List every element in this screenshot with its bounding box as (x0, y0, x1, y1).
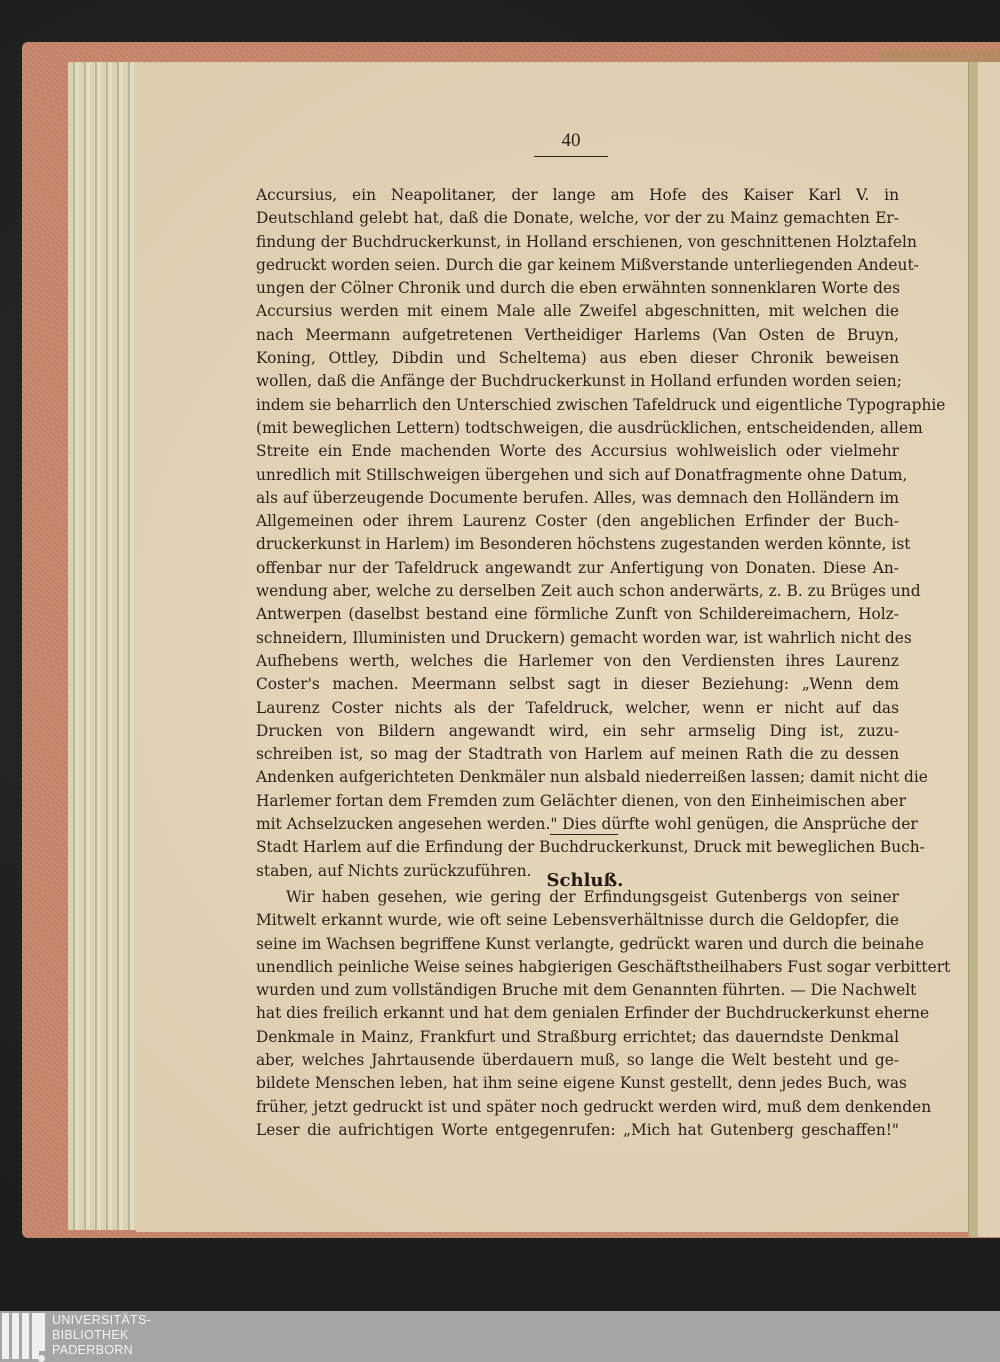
text-line: Denkmale in Mainz, Frankfurt und Straßbu… (256, 1026, 899, 1049)
text-line: Accursius werden mit einem Male alle Zwe… (256, 300, 899, 323)
text-line: wurden und zum vollständigen Bruche mit … (256, 979, 899, 1002)
text-line: Drucken von Bildern angewandt wird, ein … (256, 720, 899, 743)
text-line: Wir haben gesehen, wie gering der Erfind… (256, 886, 899, 909)
text-line: Accursius, ein Neapolitaner, der lange a… (256, 184, 899, 207)
text-line: unendlich peinliche Weise seines habgier… (256, 956, 899, 979)
text-line: ungen der Cölner Chronik und durch die e… (256, 277, 899, 300)
text-line: schreiben ist, so mag der Stadtrath von … (256, 743, 899, 766)
library-logo-text: UNIVERSITÄTS- BIBLIOTHEK PADERBORN (52, 1313, 151, 1358)
text-line: Laurenz Coster nichts als der Tafeldruck… (256, 697, 899, 720)
text-line: druckerkunst in Harlem) im Besonderen hö… (256, 533, 899, 556)
text-line: indem sie beharrlich den Unterschied zwi… (256, 394, 899, 417)
text-line: Andenken aufgerichteten Denkmäler nun al… (256, 766, 899, 789)
body-text: Accursius, ein Neapolitaner, der lange a… (256, 184, 899, 883)
text-line: seine im Wachsen begriffene Kunst verlan… (256, 933, 899, 956)
text-line: Mitwelt erkannt wurde, wie oft seine Leb… (256, 909, 899, 932)
text-line: schneidern, Illuministen und Druckern) g… (256, 627, 899, 650)
page-number-rule (534, 156, 608, 157)
text-line: offenbar nur der Tafeldruck angewandt zu… (256, 557, 899, 580)
text-line: mit Achselzucken angesehen werden." Dies… (256, 813, 899, 836)
text-line: Stadt Harlem auf die Erfindung der Buchd… (256, 836, 899, 859)
text-line: nach Meermann aufgetretenen Vertheidiger… (256, 324, 899, 347)
text-line: Allgemeinen oder ihrem Laurenz Coster (d… (256, 510, 899, 533)
section-divider (550, 834, 618, 835)
text-line: früher, jetzt gedruckt ist und später no… (256, 1096, 899, 1119)
text-line: hat dies freilich erkannt und hat dem ge… (256, 1002, 899, 1025)
text-line: gedruckt worden seien. Durch die gar kei… (256, 254, 899, 277)
facing-page-edge (978, 62, 1000, 1237)
page-number: 40 (534, 130, 608, 152)
page-edges-stack (68, 62, 140, 1230)
conclusion-text: Wir haben gesehen, wie gering der Erfind… (256, 886, 899, 1142)
text-line: Leser die aufrichtigen Worte entgegenruf… (256, 1119, 899, 1142)
library-logo-icon (0, 1311, 48, 1362)
text-line: Deutschland gelebt hat, daß die Donate, … (256, 207, 899, 230)
text-line: aber, welches Jahrtausende überdauern mu… (256, 1049, 899, 1072)
text-line: bildete Menschen leben, hat ihm seine ei… (256, 1072, 899, 1095)
library-footer-bar: UNIVERSITÄTS- BIBLIOTHEK PADERBORN (0, 1311, 1000, 1362)
text-line: Harlemer fortan dem Fremden zum Gelächte… (256, 790, 899, 813)
text-line: wollen, daß die Anfänge der Buchdruckerk… (256, 370, 899, 393)
text-line: als auf überzeugende Documente berufen. … (256, 487, 899, 510)
text-line: Aufhebens werth, welches die Harlemer vo… (256, 650, 899, 673)
text-line: Antwerpen (daselbst bestand eine förmlic… (256, 603, 899, 626)
text-line: findung der Buchdruckerkunst, in Holland… (256, 231, 899, 254)
text-line: Coster's machen. Meermann selbst sagt in… (256, 673, 899, 696)
text-line: Streite ein Ende machenden Worte des Acc… (256, 440, 899, 463)
text-line: wendung aber, welche zu derselben Zeit a… (256, 580, 899, 603)
text-line: unredlich mit Stillschweigen übergehen u… (256, 464, 899, 487)
text-line: (mit beweglichen Lettern) todtschweigen,… (256, 417, 899, 440)
text-line: Koning, Ottley, Dibdin und Scheltema) au… (256, 347, 899, 370)
